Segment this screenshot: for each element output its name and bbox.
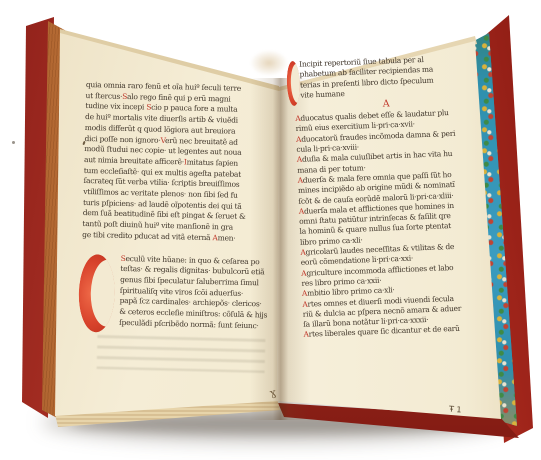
rubricated-letter: A xyxy=(302,299,308,308)
rubricated-letter: A xyxy=(295,114,301,123)
rubricated-letter: S xyxy=(146,103,151,112)
rubricated-letter: A xyxy=(300,248,306,257)
rubricated-letter: S xyxy=(122,92,127,101)
right-page-text: Incipit repertoriũ ſiue tabula per alpha… xyxy=(293,52,500,340)
rubricated-letter: A xyxy=(303,330,309,339)
rubricated-letter: A xyxy=(296,135,302,144)
rubricated-letter: S xyxy=(121,253,126,262)
show-through-text xyxy=(97,335,266,373)
tabula-header: Incipit repertoriũ ſiue tabula per alpha… xyxy=(299,52,490,100)
book: quia omnia raro fenũ et oĩa huiº ſeculi … xyxy=(0,0,541,460)
rubricated-letter: A xyxy=(299,207,305,216)
photo-background: { "colors":{ "leather":"#b23127", "rubri… xyxy=(0,0,541,460)
left-page-text: quia omnia raro fenũ et oĩa huiº ſeculi … xyxy=(80,80,290,336)
rubricated-letter: A xyxy=(301,268,307,277)
left-paragraph-2: Seculũ vite hũane: in quo & ceſarea pote… xyxy=(80,252,286,332)
tabula-entries: Aduocatus qualis debet eſſe & laudatur p… xyxy=(295,107,500,341)
illuminated-initial xyxy=(78,253,116,332)
rubricated-letter: A xyxy=(297,176,303,185)
rubricated-letter: I xyxy=(184,157,187,166)
quire-signature-mark: Ŧ 1 xyxy=(449,405,462,415)
foxing-stain xyxy=(250,50,288,76)
left-paragraph-1: quia omnia raro fenũ et oĩa huiº ſeculi … xyxy=(82,80,290,245)
rubricated-letter: V xyxy=(160,135,165,144)
dust-speck xyxy=(12,141,15,144)
tabula-header-lines: Incipit repertoriũ ſiue tabula per alpha… xyxy=(299,52,490,100)
rubricated-letter: A xyxy=(212,233,217,242)
rubricated-letter: A xyxy=(297,155,303,164)
rubricated-letter: A xyxy=(302,289,308,298)
